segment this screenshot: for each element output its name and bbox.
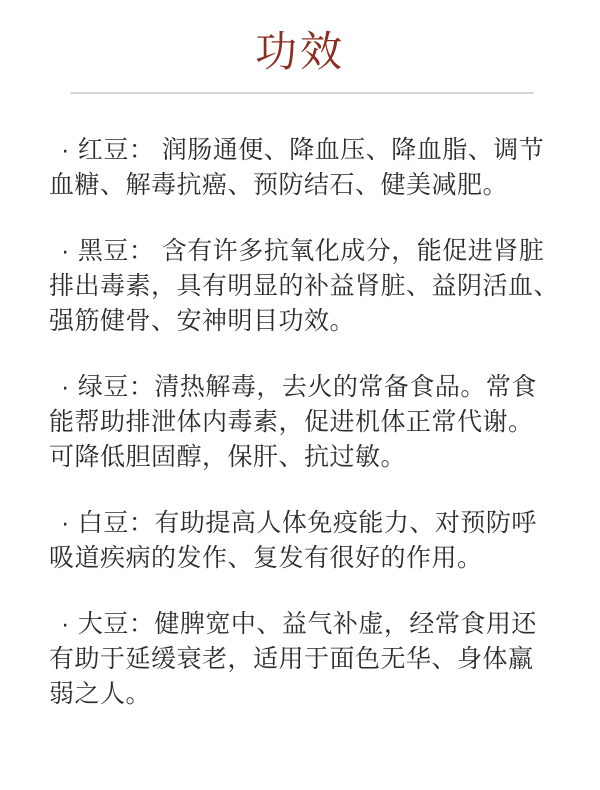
- bullet-dot-icon: ·: [61, 133, 70, 168]
- text-line-content: 红豆： 润肠通便、降血压、降血脂、调节: [78, 136, 544, 164]
- text-line: 强筋健骨、安神明目功效。: [49, 304, 556, 339]
- page-title: 功效: [0, 24, 600, 80]
- text-line: ·红豆： 润肠通便、降血压、降血脂、调节: [49, 133, 556, 168]
- text-line: 血糖、解毒抗癌、预防结石、健美减肥。: [49, 168, 556, 203]
- text-line-content: 大豆：健脾宽中、益气补虚，经常食用还: [78, 610, 537, 638]
- paragraph-white-bean: ·白豆：有助提高人体免疫能力、对预防呼 吸道疾病的发作、复发有很好的作用。: [49, 506, 556, 576]
- bullet-dot-icon: ·: [61, 506, 70, 541]
- text-line: ·白豆：有助提高人体免疫能力、对预防呼: [49, 506, 556, 541]
- bullet-dot-icon: ·: [61, 370, 70, 405]
- text-line: ·黑豆： 含有许多抗氧化成分，能促进肾脏: [49, 234, 556, 269]
- text-line: 能帮助排泄体内毒素，促进机体正常代谢。: [49, 405, 556, 440]
- text-line: ·大豆：健脾宽中、益气补虚，经常食用还: [49, 607, 556, 642]
- text-line: 可降低胆固醇，保肝、抗过敏。: [49, 440, 556, 475]
- bullet-dot-icon: ·: [61, 234, 70, 269]
- page-root: 功效 ·红豆： 润肠通便、降血压、降血脂、调节 血糖、解毒抗癌、预防结石、健美减…: [0, 0, 600, 790]
- text-line: 排出毒素，具有明显的补益肾脏、益阴活血、: [49, 269, 556, 304]
- bullet-dot-icon: ·: [61, 607, 70, 642]
- text-line-content: 白豆：有助提高人体免疫能力、对预防呼: [78, 509, 537, 537]
- text-line-content: 绿豆：清热解毒，去火的常备食品。常食: [78, 373, 537, 401]
- text-line: 吸道疾病的发作、复发有很好的作用。: [49, 541, 556, 576]
- paragraph-red-bean: ·红豆： 润肠通便、降血压、降血脂、调节 血糖、解毒抗癌、预防结石、健美减肥。: [49, 133, 556, 203]
- text-line-content: 黑豆： 含有许多抗氧化成分，能促进肾脏: [78, 237, 544, 265]
- header: 功效: [0, 0, 600, 94]
- paragraph-soybean: ·大豆：健脾宽中、益气补虚，经常食用还 有助于延缓衰老，适用于面色无华、身体羸 …: [49, 607, 556, 712]
- paragraph-mung-bean: ·绿豆：清热解毒，去火的常备食品。常食 能帮助排泄体内毒素，促进机体正常代谢。 …: [49, 370, 556, 475]
- paragraph-black-bean: ·黑豆： 含有许多抗氧化成分，能促进肾脏 排出毒素，具有明显的补益肾脏、益阴活血…: [49, 234, 556, 339]
- content: ·红豆： 润肠通便、降血压、降血脂、调节 血糖、解毒抗癌、预防结石、健美减肥。 …: [0, 94, 600, 712]
- text-line: 弱之人。: [49, 677, 556, 712]
- text-line: ·绿豆：清热解毒，去火的常备食品。常食: [49, 370, 556, 405]
- text-line: 有助于延缓衰老，适用于面色无华、身体羸: [49, 642, 556, 677]
